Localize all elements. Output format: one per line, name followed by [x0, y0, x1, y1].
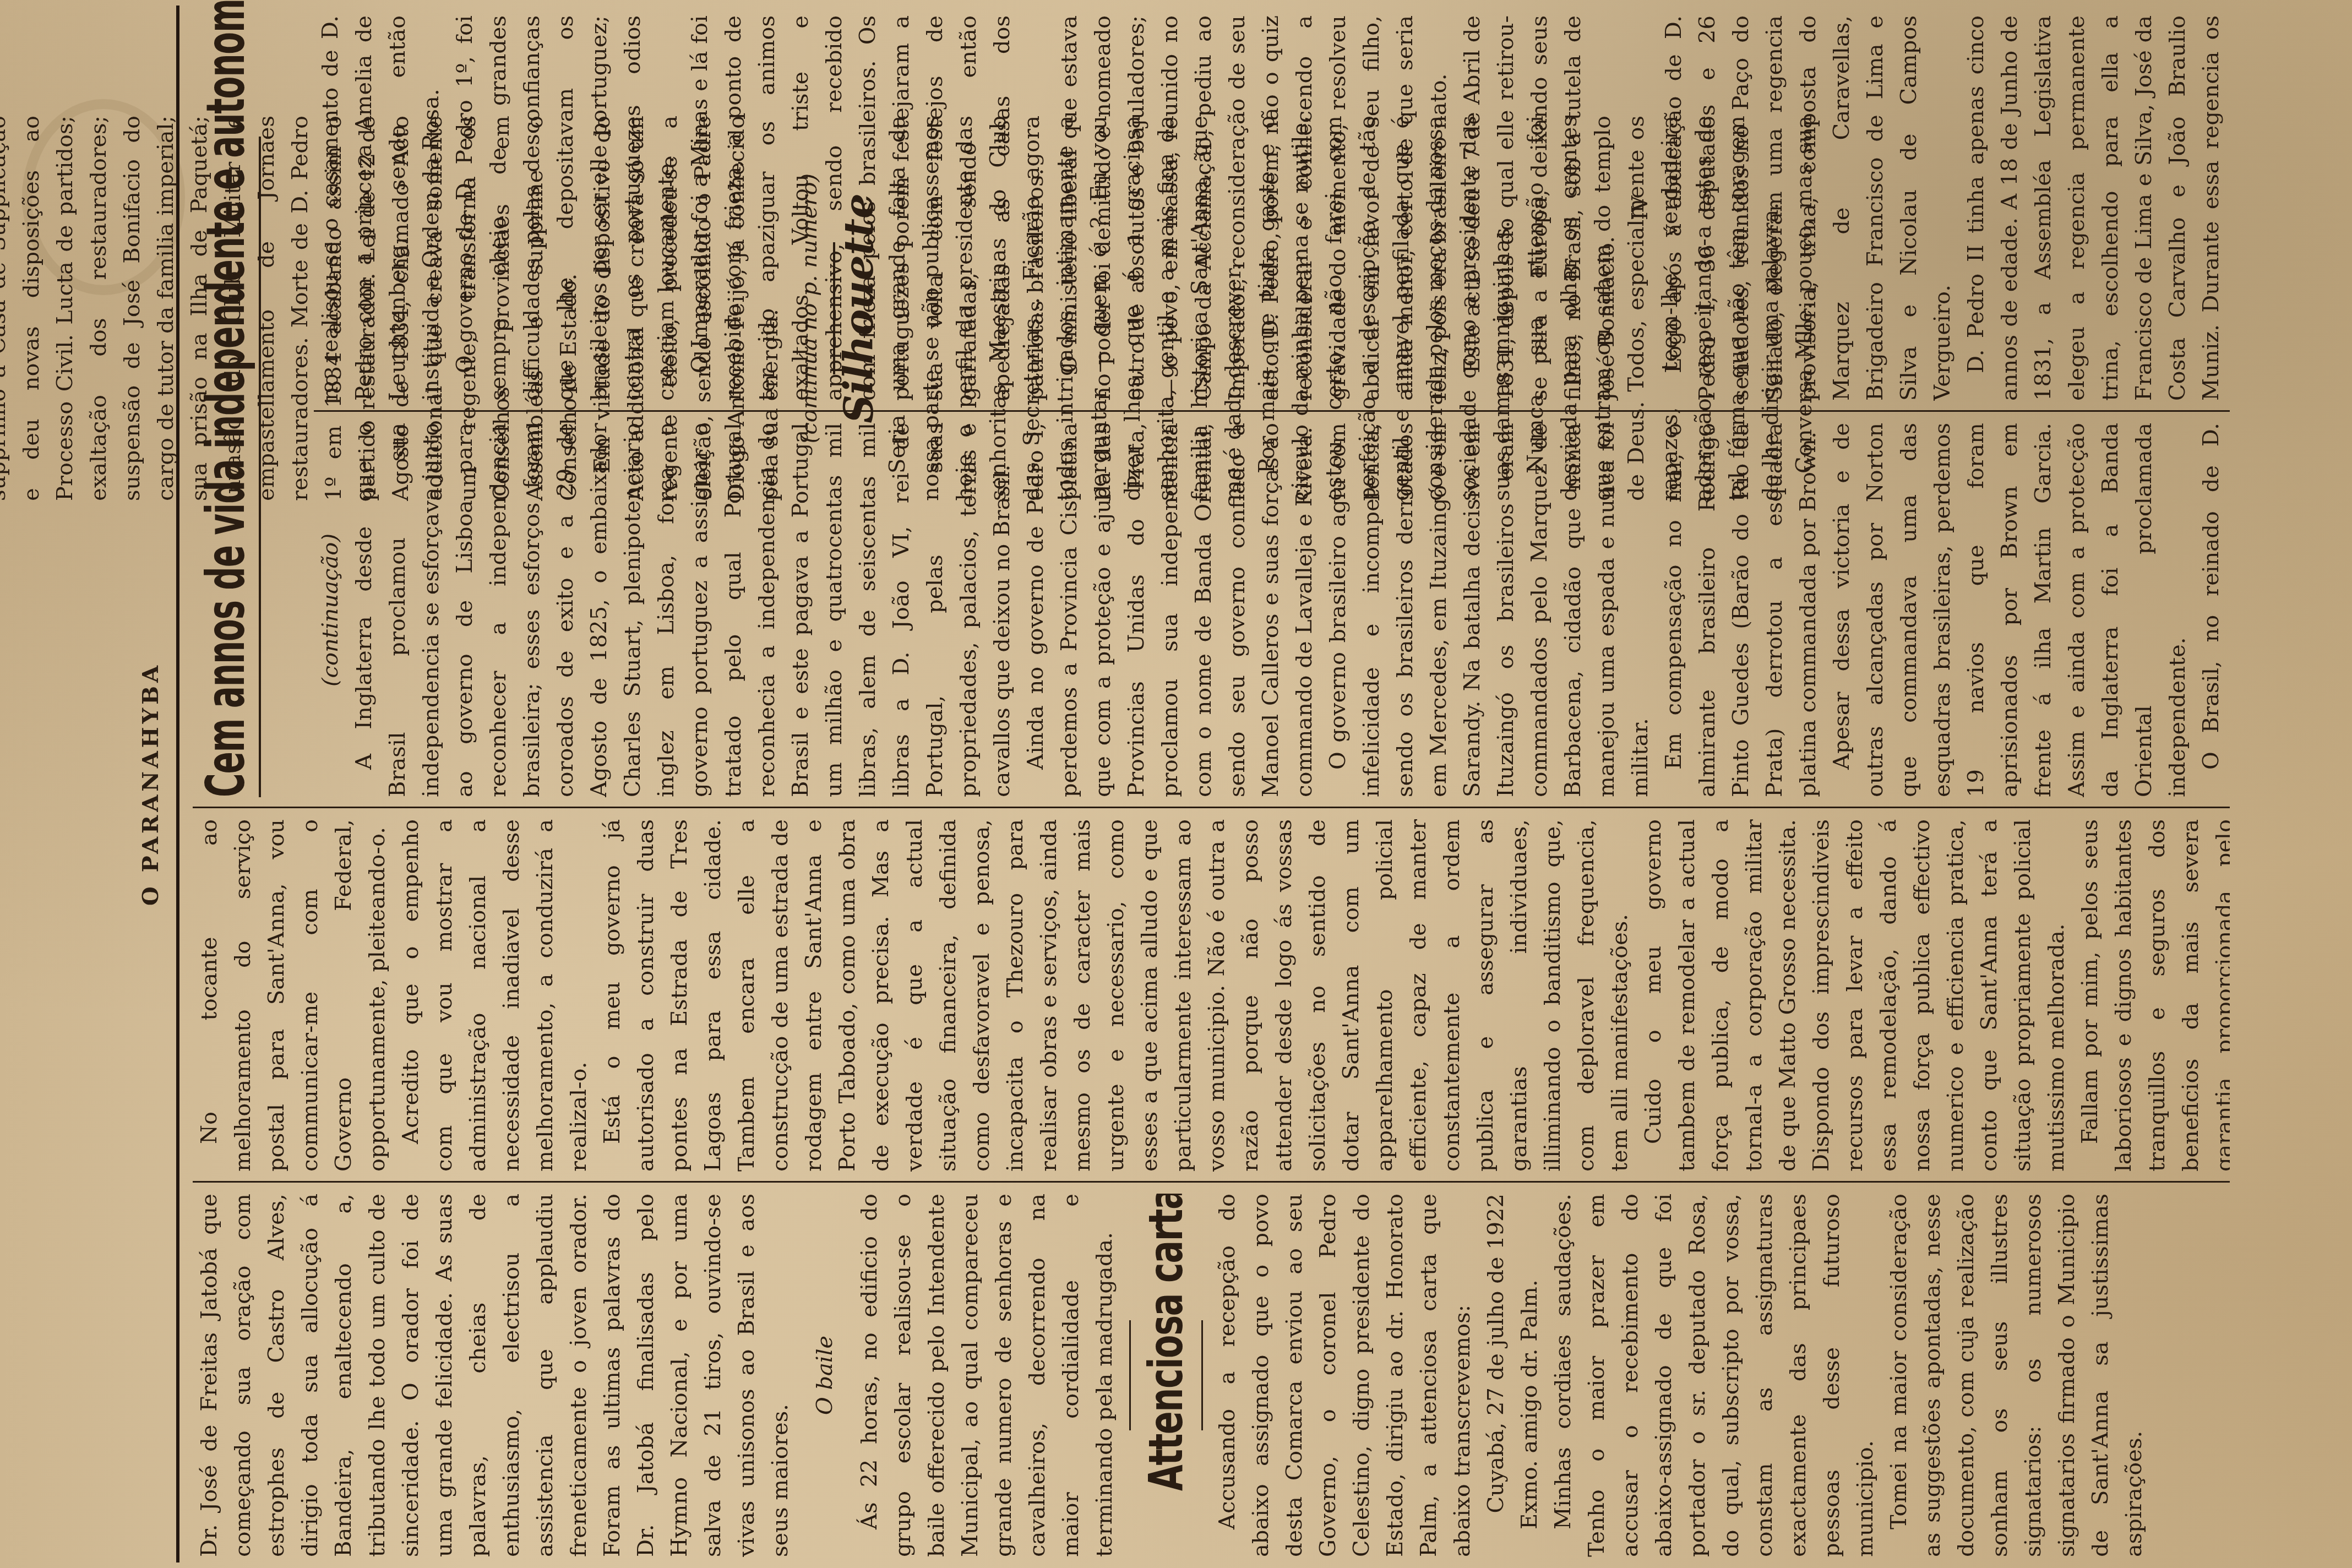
article-paragraph: Seria uma grande falta da nossa parte se… [881, 116, 1250, 501]
article-paragraph: Em virtude do dispositivo do Acto addici… [586, 116, 787, 501]
article-paragraph: Por mais que tinta gaste e o circulo da … [1250, 116, 1519, 501]
headline-silhouette: Silhouette [842, 116, 875, 501]
continues-note: (continúa no p. numero) [793, 116, 826, 501]
article-paragraph: tauradores. Conversão dos Conselhos Gera… [0, 116, 586, 501]
article-paragraph: Numca sua attenção foi desviada para olh… [1519, 116, 1788, 501]
column-4: tauradores. Conversão dos Conselhos Gera… [0, 116, 1817, 501]
article-paragraph: Conversa Mlle. pouco, mas sua presença a… [1788, 116, 1817, 501]
